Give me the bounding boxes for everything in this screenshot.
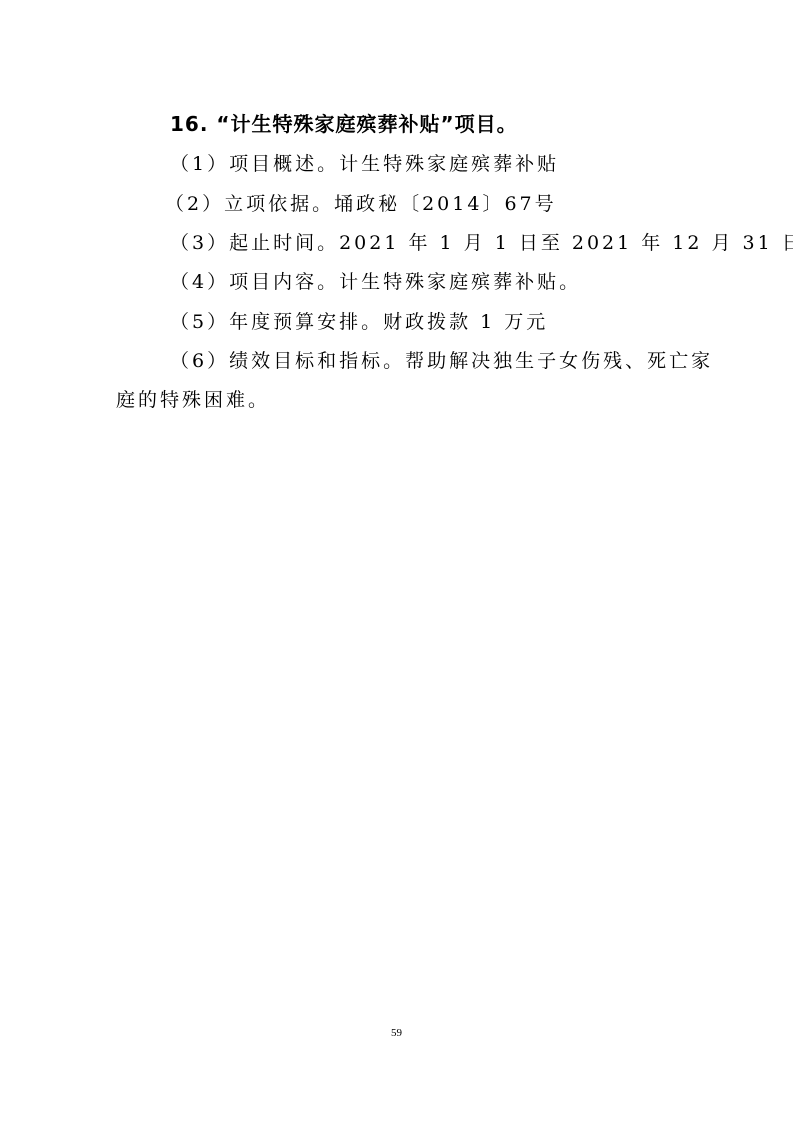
section-heading: 16. “计生特殊家庭殡葬补贴”项目。 [170, 111, 518, 137]
item-period: （3）起止时间。2021 年 1 月 1 日至 2021 年 12 月 31 日 [170, 231, 793, 255]
item-overview: （1）项目概述。计生特殊家庭殡葬补贴 [170, 152, 559, 176]
item-budget: （5）年度预算安排。财政拨款 1 万元 [170, 310, 548, 334]
item-basis: （2）立项依据。埇政秘〔2014〕67号 [165, 192, 557, 216]
item-goals: （6）绩效目标和指标。帮助解决独生子女伤残、死亡家 [170, 349, 713, 373]
item-goals-continued: 庭的特殊困难。 [116, 388, 270, 412]
page-number: 59 [0, 1027, 793, 1039]
document-page: 16. “计生特殊家庭殡葬补贴”项目。 （1）项目概述。计生特殊家庭殡葬补贴 （… [0, 0, 793, 1122]
item-content: （4）项目内容。计生特殊家庭殡葬补贴。 [170, 270, 581, 294]
